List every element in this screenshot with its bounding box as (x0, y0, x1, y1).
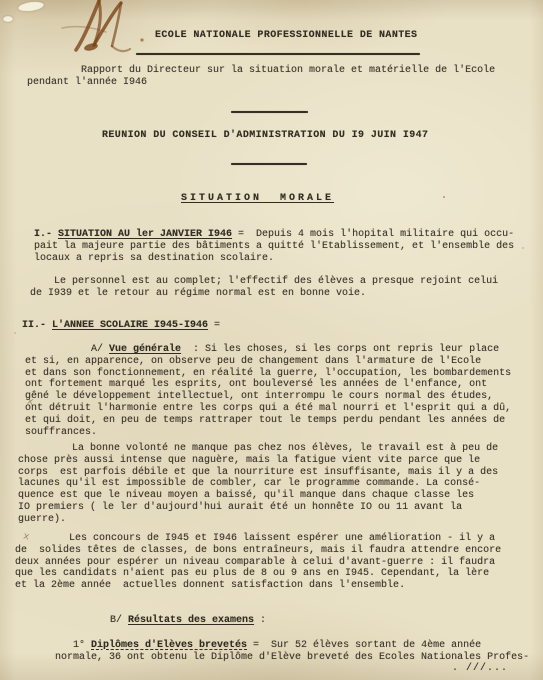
title-underline-rule (136, 53, 420, 55)
paper-damage-spot (18, 0, 45, 13)
paragraph-concours: Les concours de I945 et I946 laissent es… (15, 533, 501, 592)
list-item-prefix: 1° (55, 640, 91, 651)
heading-suffix: = (208, 320, 220, 331)
divider-rule (231, 111, 308, 113)
page-continuation-mark: . ///... (452, 663, 508, 675)
paragraph-diplomes: 1° Diplômes d'Elèves brevetés = Sur 52 é… (55, 640, 529, 664)
divider-rule (231, 163, 307, 165)
subsection-prefix: B/ (110, 615, 128, 626)
dirt-speck (14, 332, 16, 334)
section-number: I.- (34, 229, 58, 240)
section-title-morale: SITUATION MORALE (181, 193, 334, 205)
ink-stain (54, 0, 154, 56)
report-subtitle: Rapport du Directeur sur la situation mo… (27, 65, 495, 89)
dirt-speck (522, 247, 524, 249)
paragraph-personnel: Le personnel est au complet; l'effectif … (30, 276, 498, 300)
section-number: II.- (22, 320, 52, 331)
subsection-heading: Résultats des examens (128, 615, 254, 626)
section-heading: L'ANNEE SCOLAIRE I945-I946 (52, 320, 208, 331)
list-item-heading: Diplômes d'Elèves brevetés (91, 640, 247, 651)
paragraph-resultats-heading: B/ Résultats des examens : (110, 615, 266, 627)
paragraph-bonne-volonte: La bonne volonté ne manque pas chez nos … (18, 443, 498, 526)
school-name: ECOLE NATIONALE PROFESSIONNELLE DE NANTE… (155, 30, 417, 42)
paragraph-vue-generale: A/ Vue générale : Si les choses, si les … (25, 344, 511, 438)
subsection-prefix: A/ (25, 344, 109, 355)
dirt-speck (443, 196, 445, 198)
section-heading: SITUATION AU ler JANVIER I946 (58, 229, 232, 240)
subsection-heading: Vue générale (109, 344, 181, 355)
meeting-title: REUNION DU CONSEIL D'ADMINISTRATION DU I… (102, 130, 428, 142)
paragraph-text: : Si les choses, si les corps ont repris… (25, 344, 511, 438)
document-page: ECOLE NATIONALE PROFESSIONNELLE DE NANTE… (0, 0, 543, 680)
paper-damage-spot (3, 16, 13, 22)
paragraph-situation-janvier: I.- SITUATION AU ler JANVIER I946 = Depu… (34, 229, 514, 264)
paragraph-annee-scolaire-heading: II.- L'ANNEE SCOLAIRE I945-I946 = (22, 320, 220, 332)
heading-suffix: : (254, 615, 266, 626)
